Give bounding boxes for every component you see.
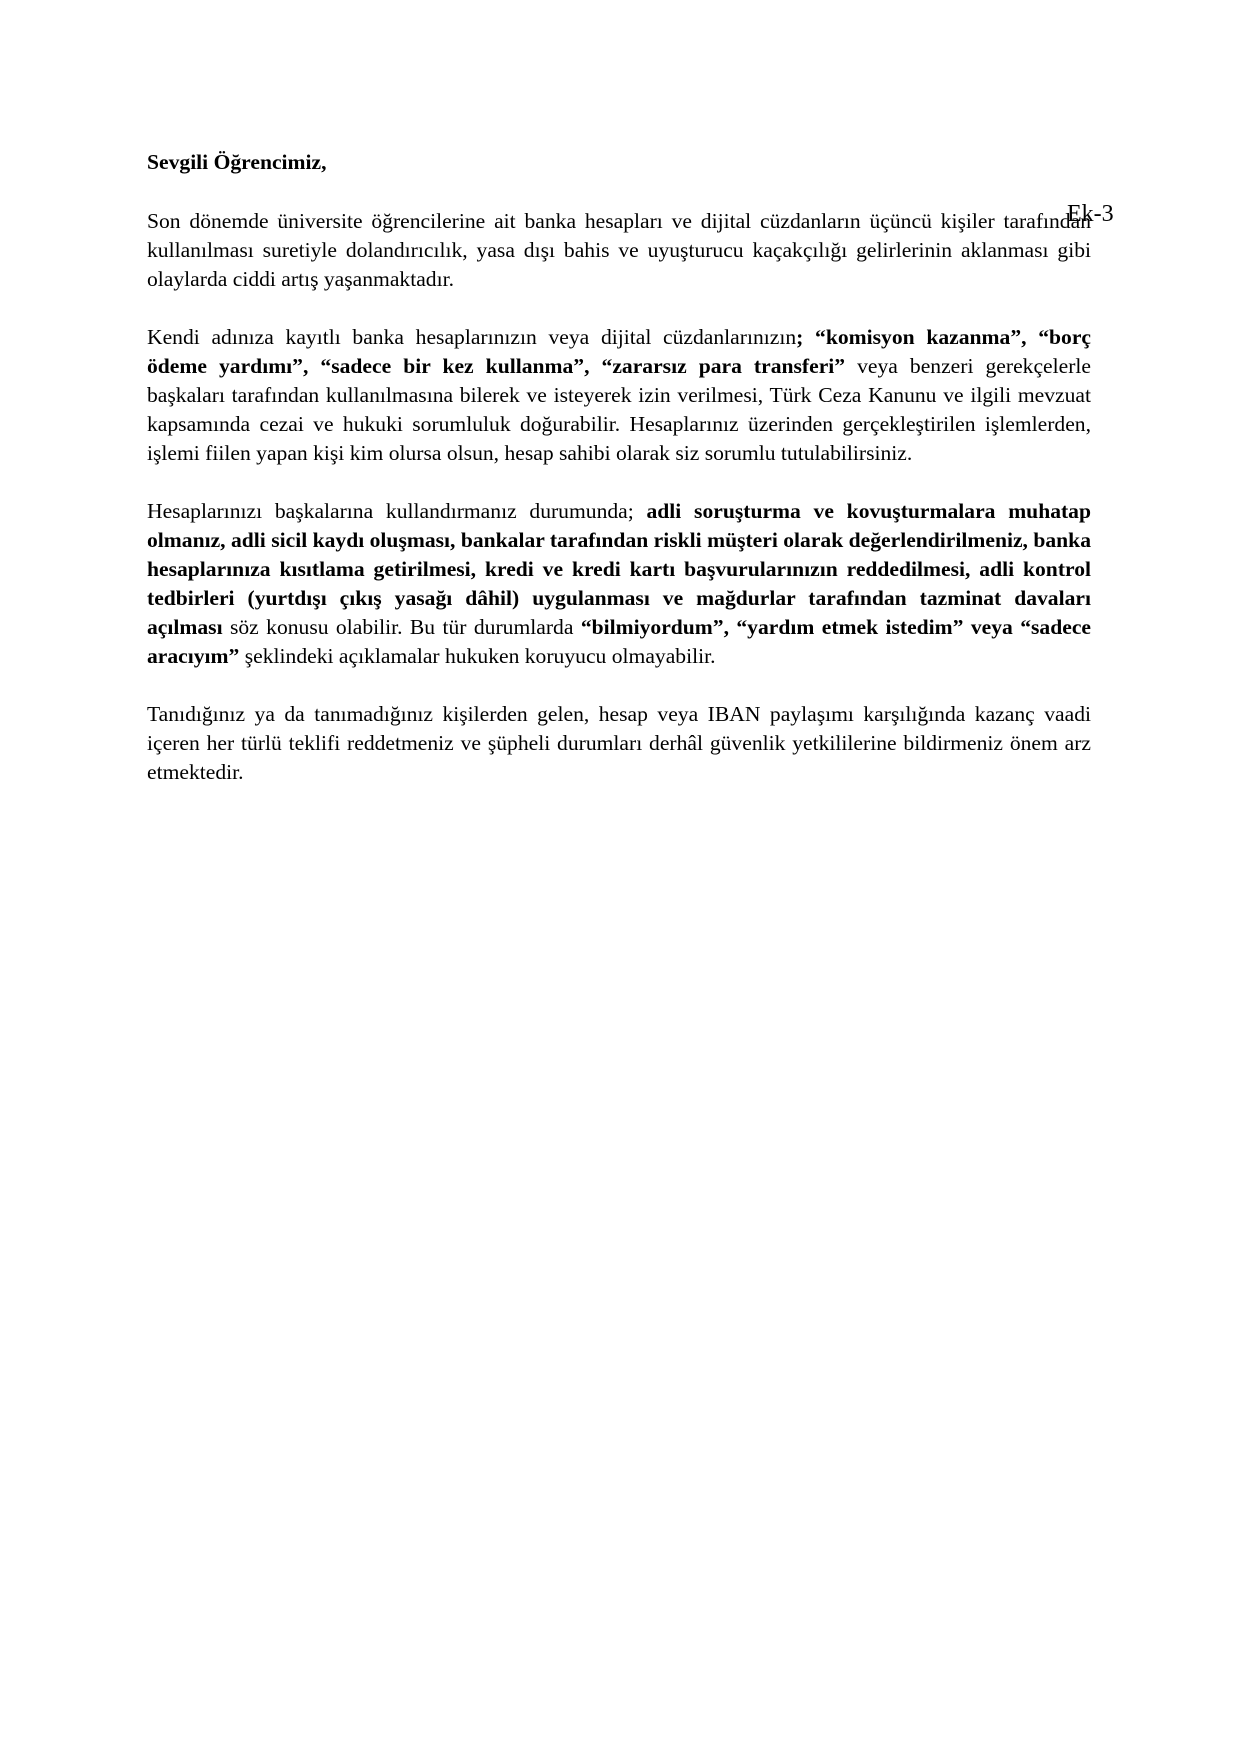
- paragraph-intro: Son dönemde üniversite öğrencilerine ait…: [147, 207, 1091, 294]
- text-segment: şeklindeki açıklamalar hukuken koruyucu …: [239, 644, 715, 668]
- letter-body: Sevgili Öğrencimiz, Son dönemde üniversi…: [147, 148, 1091, 816]
- salutation: Sevgili Öğrencimiz,: [147, 148, 1091, 177]
- text-segment: Son dönemde üniversite öğrencilerine ait…: [147, 209, 1091, 291]
- text-segment: Hesaplarınızı başkalarına kullandırmanız…: [147, 499, 647, 523]
- paragraph-account-usage: Kendi adınıza kayıtlı banka hesaplarınız…: [147, 323, 1091, 468]
- text-segment: Kendi adınıza kayıtlı banka hesaplarınız…: [147, 325, 796, 349]
- text-segment: Tanıdığınız ya da tanımadığınız kişilerd…: [147, 702, 1091, 784]
- paragraph-consequences: Hesaplarınızı başkalarına kullandırmanız…: [147, 497, 1091, 671]
- document-page: Ek-3 Sevgili Öğrencimiz, Son dönemde üni…: [0, 0, 1241, 1755]
- paragraph-advice: Tanıdığınız ya da tanımadığınız kişilerd…: [147, 700, 1091, 787]
- text-segment: söz konusu olabilir. Bu tür durumlarda: [223, 615, 581, 639]
